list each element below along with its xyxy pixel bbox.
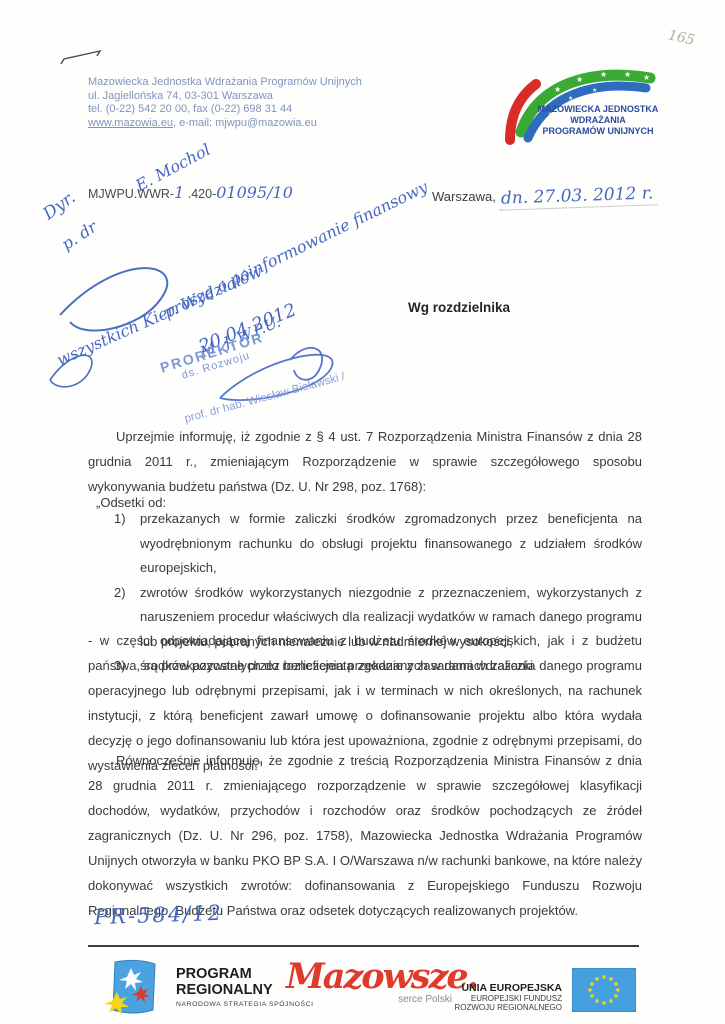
mjwpu-logo: ★★ ★★ ★ ★★★ MAZOWIECKA JEDNOSTKA WDRAŻAN… (488, 56, 673, 148)
eu-line3: ROZWOJU REGIONALNEGO (432, 1003, 562, 1012)
list-item-number: 1) (88, 507, 140, 581)
pencil-page-number: 165 (667, 27, 696, 48)
logo-text-line3: PROGRAMÓW UNIJNYCH (542, 125, 653, 136)
eu-line2: EUROPEJSKI FUNDUSZ (432, 994, 562, 1003)
letterhead-org-name: Mazowiecka Jednostka Wdrażania Programów… (88, 76, 362, 90)
letterhead: Mazowiecka Jednostka Wdrażania Programów… (88, 76, 362, 130)
nss-flag-icon (103, 958, 165, 1018)
scanned-letter-page: { "marks": { "page_number": "165" }, "le… (0, 0, 725, 1024)
handwritten-annotation: p. dr (58, 217, 100, 254)
handwritten-annotation: Dyr. (39, 188, 79, 225)
reference-hand-number: 01095/10 (216, 183, 293, 202)
handwritten-case-number: PR-584/12 (94, 901, 224, 929)
dateline-city: Warszawa, (432, 189, 496, 204)
svg-text:★: ★ (643, 73, 650, 82)
nss-flag-logo (103, 958, 165, 1023)
list-item: 1) przekazanych w formie zaliczki środkó… (88, 507, 642, 581)
paragraph-2: Równocześnie informuję, że zgodnie z tre… (88, 748, 642, 923)
reference-typed-mid: .420- (184, 187, 216, 201)
paragraph-1: Uprzejmie informuję, iż zgodnie z § 4 us… (88, 424, 642, 499)
logo-text-line1: MAZOWIECKA JEDNOSTKA (538, 104, 659, 114)
eu-label: UNIA EUROPEJSKA EUROPEJSKI FUNDUSZ ROZWO… (432, 982, 562, 1012)
dateline-handwritten-date: dn. 27.03. 2012 r. (499, 183, 658, 211)
stamp-name: prof. dr hab. Wiesław Bielawski / (183, 371, 346, 425)
signature-strokes (40, 230, 380, 430)
svg-text:★: ★ (592, 87, 597, 94)
reference-typed-prefix: MJWPU.WWR- (88, 187, 174, 201)
eu-flag-logo (572, 968, 636, 1017)
svg-text:★: ★ (624, 70, 631, 79)
eu-flag-icon (572, 968, 636, 1012)
letterhead-website-link[interactable]: www.mazowia.eu (88, 117, 173, 129)
svg-text:★: ★ (576, 75, 583, 84)
letterhead-phone: tel. (0-22) 542 20 00, fax (0-22) 698 31… (88, 103, 362, 117)
dateline: Warszawa, dn. 27.03. 2012 r. (432, 186, 658, 208)
svg-text:★: ★ (568, 95, 573, 102)
letterhead-contact-line: www.mazowia.eu, e-mail: mjwpu@mazowia.eu (88, 117, 362, 131)
reference-hand-digit: 1 (174, 183, 184, 202)
svg-text:★: ★ (554, 85, 561, 94)
letterhead-email: , e-mail: mjwpu@mazowia.eu (173, 117, 317, 129)
mjwpu-arc-icon: ★★ ★★ ★ ★★★ MAZOWIECKA JEDNOSTKA WDRAŻAN… (488, 56, 673, 148)
footer-divider (88, 945, 639, 947)
pen-stroke-mark (55, 42, 115, 72)
list-item-text: przekazanych w formie zaliczki środków z… (140, 507, 642, 581)
recipient-line: Wg rozdzielnika (408, 300, 510, 315)
reference-number: MJWPU.WWR-1 .420-01095/10 (88, 183, 293, 202)
logo-text-line2: WDRAŻANIA (570, 115, 626, 125)
svg-text:★: ★ (600, 70, 607, 79)
letterhead-address: ul. Jagiellońska 74, 03-301 Warszawa (88, 90, 362, 104)
eu-line1: UNIA EUROPEJSKA (432, 982, 562, 994)
